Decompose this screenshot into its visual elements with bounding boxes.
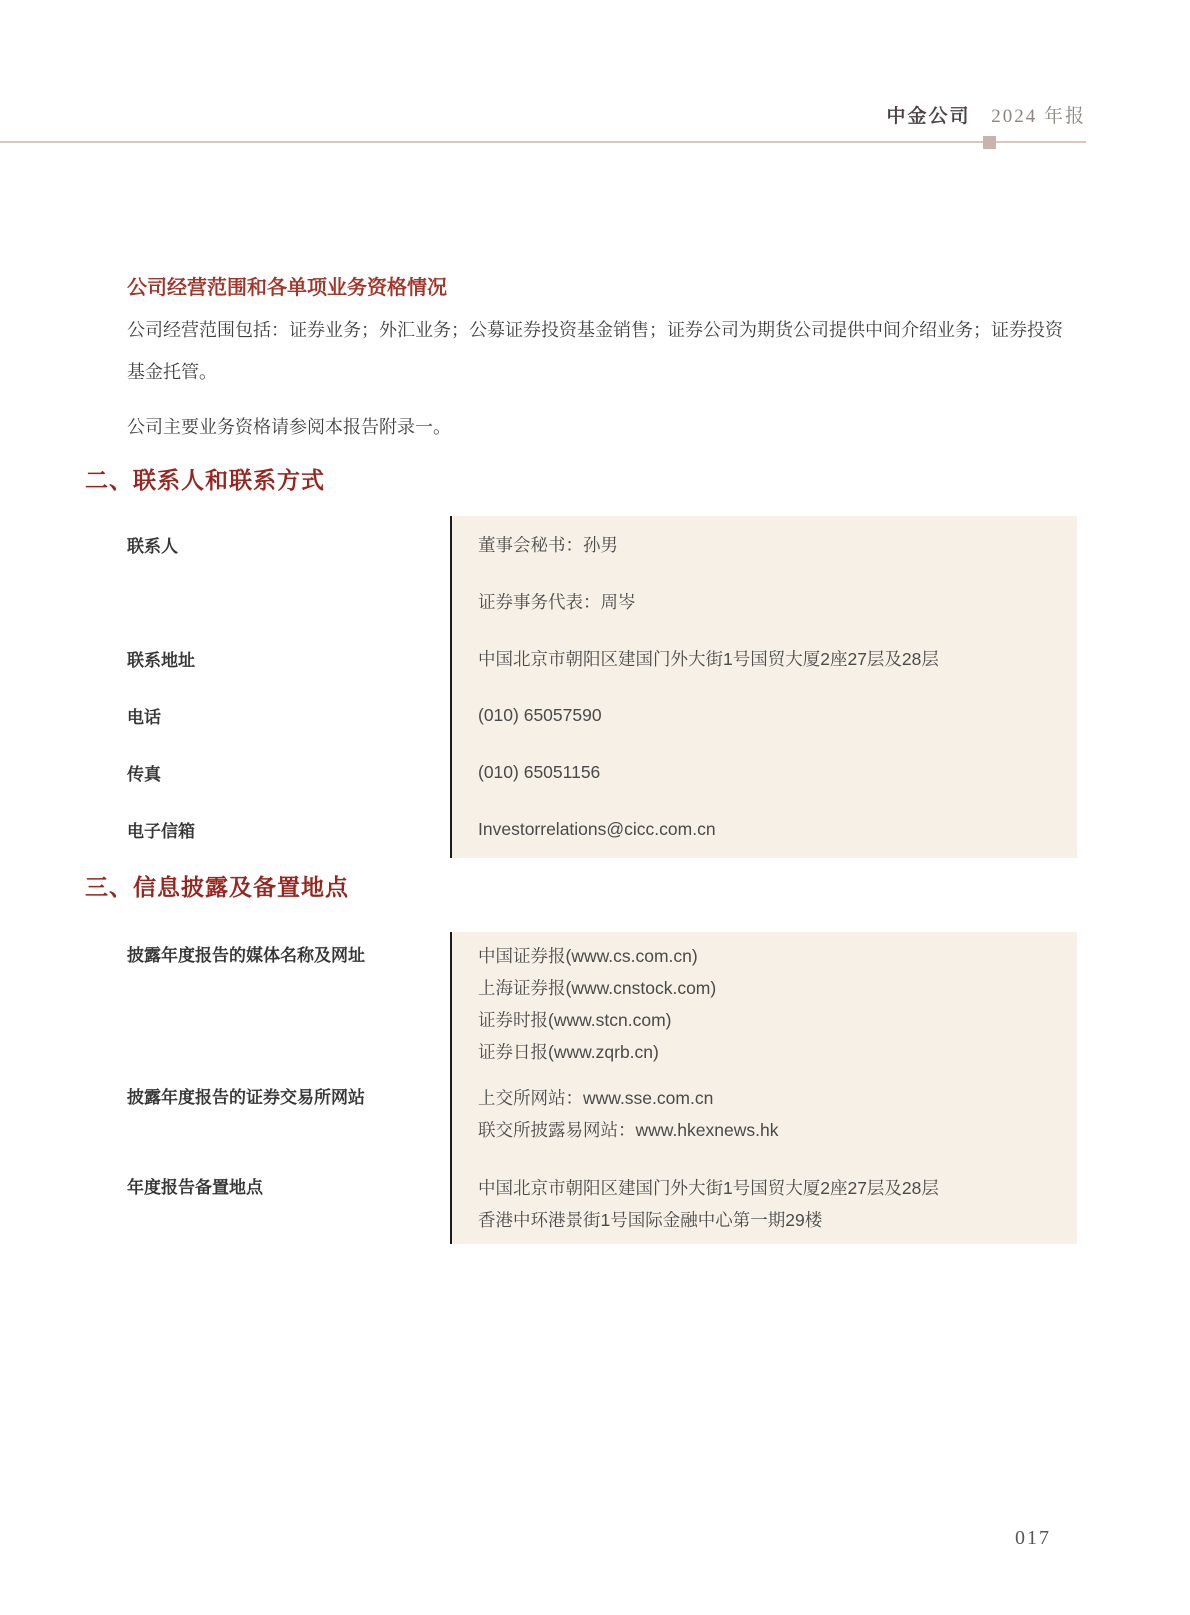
table-row: 联系人 董事会秘书：孙男 [127,516,1077,573]
contact-table: 联系人 董事会秘书：孙男 证券事务代表：周岑 联系地址 中国北京市朝阳区建国门外… [127,516,1077,858]
report-location-line: 香港中环港景街1号国际金融中心第一期29楼 [478,1204,1077,1236]
report-location-line: 中国北京市朝阳区建国门外大街1号国贸大厦2座27层及28层 [478,1172,1077,1204]
report-edition: 2024 年报 [991,106,1086,127]
contact-person-label: 联系人 [127,516,450,573]
media-line: 上海证券报(www.cnstock.com) [478,972,1077,1004]
fax-value: (010) 65051156 [478,762,600,783]
email-value: Investorrelations@cicc.com.cn [478,819,716,840]
table-row: 电话 (010) 65057590 [127,687,1077,744]
exchange-website-line: 联交所披露易网站：www.hkexnews.hk [478,1114,1077,1146]
company-name: 中金公司 [886,106,970,127]
phone-value: (010) 65057590 [478,705,602,726]
table-row: 传真 (010) 65051156 [127,744,1077,801]
email-label: 电子信箱 [127,801,450,858]
header-rule-square-marker [983,136,996,149]
report-location-label: 年度报告备置地点 [127,1172,450,1236]
page-number: 017 [1015,1527,1051,1550]
disclosure-table: 披露年度报告的媒体名称及网址 中国证券报(www.cs.com.cn) 上海证券… [127,932,1077,1244]
phone-label: 电话 [127,687,450,744]
section-3-title: 三、信息披露及备置地点 [85,869,349,902]
business-scope-paragraph: 公司经营范围包括：证券业务；外汇业务；公募证券投资基金销售；证券公司为期货公司提… [127,309,1064,393]
section-2-title: 二、联系人和联系方式 [85,462,325,495]
media-line: 证券日报(www.zqrb.cn) [478,1036,1077,1068]
media-line: 中国证券报(www.cs.com.cn) [478,940,1077,972]
table-row: 电子信箱 Investorrelations@cicc.com.cn [127,801,1077,858]
securities-rep-value: 证券事务代表：周岑 [478,589,636,614]
page-header: 中金公司 2024 年报 [886,101,1086,128]
business-qualification-paragraph: 公司主要业务资格请参阅本报告附录一。 [127,406,1064,448]
contact-address-label: 联系地址 [127,630,450,687]
table-row: 联系地址 中国北京市朝阳区建国门外大街1号国贸大厦2座27层及28层 [127,630,1077,687]
board-secretary-value: 董事会秘书：孙男 [478,532,618,557]
contact-address-value: 中国北京市朝阳区建国门外大街1号国贸大厦2座27层及28层 [478,646,939,671]
fax-label: 传真 [127,744,450,801]
media-names-label: 披露年度报告的媒体名称及网址 [127,940,450,1068]
table-row: 披露年度报告的媒体名称及网址 中国证券报(www.cs.com.cn) 上海证券… [127,940,1077,1068]
media-line: 证券时报(www.stcn.com) [478,1004,1077,1036]
table-row: 证券事务代表：周岑 [127,573,1077,630]
header-rule [0,141,1086,143]
report-page: 中金公司 2024 年报 公司经营范围和各单项业务资格情况 公司经营范围包括：证… [0,0,1190,1615]
business-scope-heading: 公司经营范围和各单项业务资格情况 [127,271,447,300]
table-row: 年度报告备置地点 中国北京市朝阳区建国门外大街1号国贸大厦2座27层及28层 香… [127,1172,1077,1236]
table-row: 披露年度报告的证券交易所网站 上交所网站：www.sse.com.cn 联交所披… [127,1082,1077,1146]
exchange-website-line: 上交所网站：www.sse.com.cn [478,1082,1077,1114]
exchange-websites-label: 披露年度报告的证券交易所网站 [127,1082,450,1146]
